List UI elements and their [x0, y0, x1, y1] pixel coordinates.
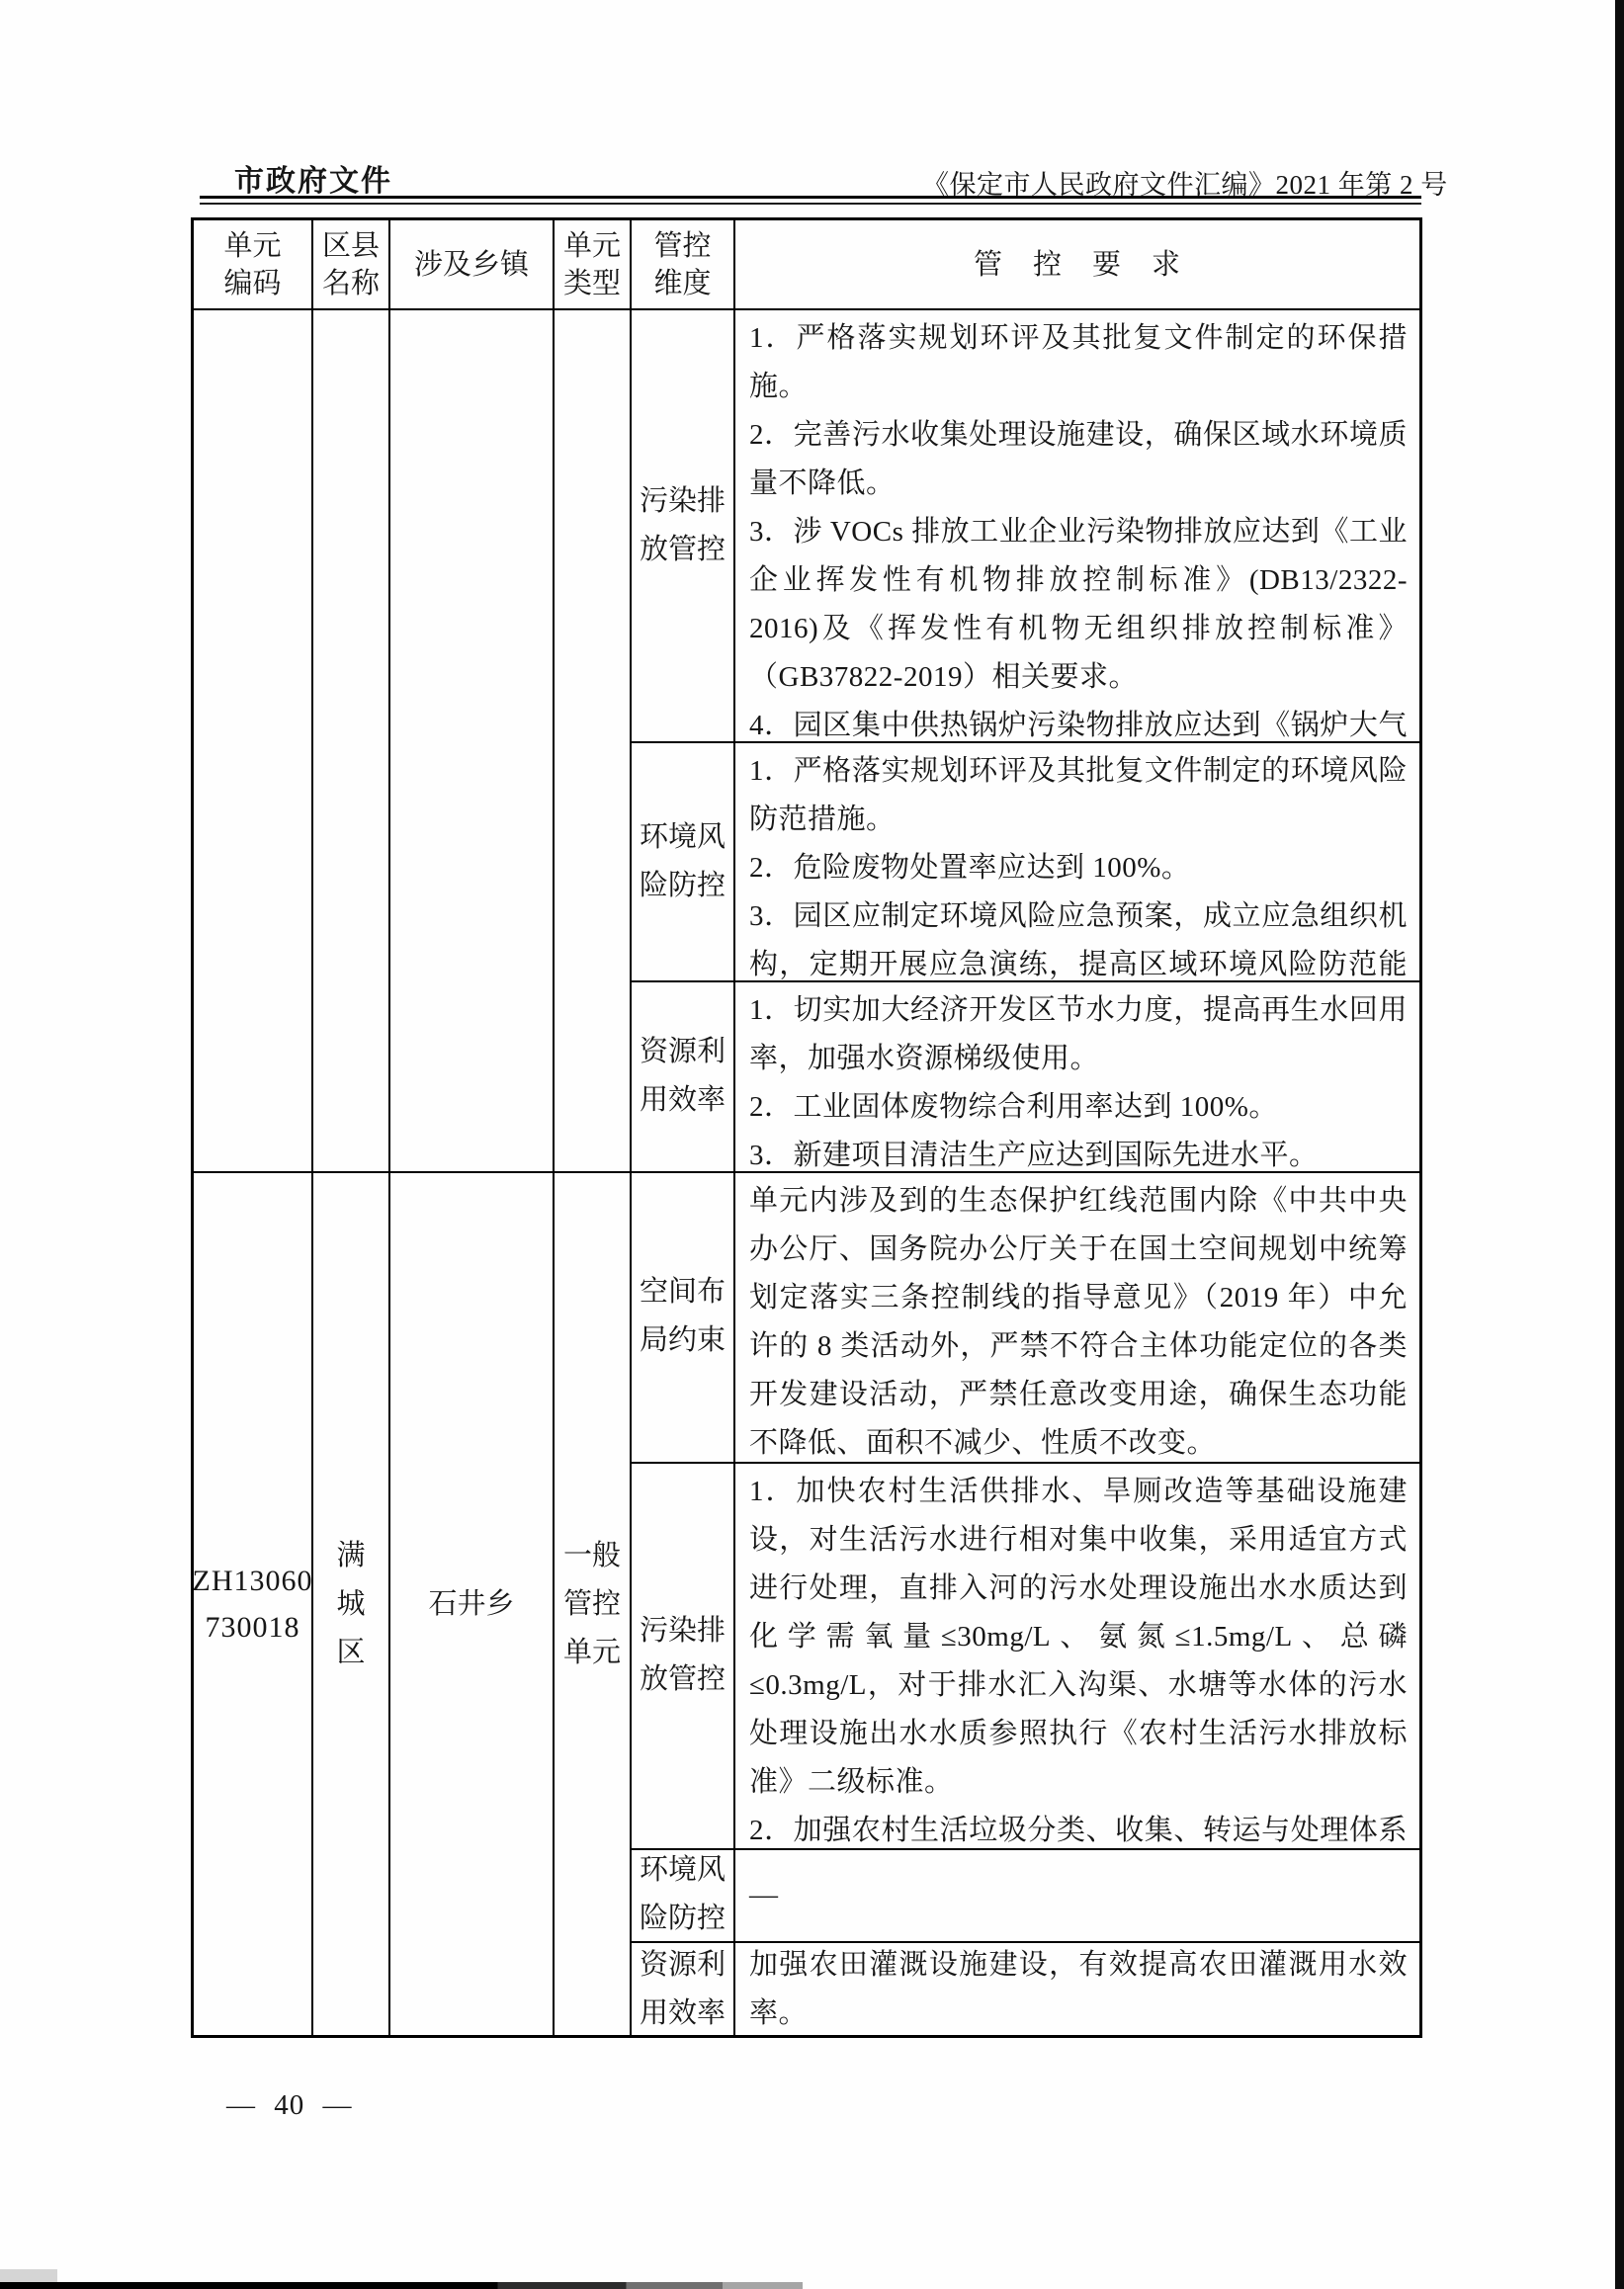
row2-district-cell: 满 城 区 — [313, 1173, 388, 2035]
row2-dimension-risk: 环境风 险防控 — [632, 1850, 733, 1939]
row1-requirements-risk: 1．严格落实规划环评及其批复文件制定的环境风险防范措施。 2．危险废物处置率应达… — [735, 743, 1419, 979]
requirement-item: 3．园区应制定环境风险应急预案，成立应急组织机构，定期开展应急演练，提高区域环境… — [749, 892, 1408, 979]
row1-townships-cell — [390, 310, 553, 1169]
control-requirements-table: 单元 编码 区县 名称 涉及乡镇 单元 类型 管控 维度 管 控 要 求 污染排… — [191, 217, 1422, 2038]
row1-unit-type-cell — [555, 310, 630, 1169]
empty-value-dash: — — [749, 1871, 1408, 1919]
requirement-item: 1．严格落实规划环评及其批复文件制定的环境风险防范措施。 — [749, 747, 1408, 844]
row2-requirements-pollution: 1．加快农村生活供排水、旱厕改造等基础设施建设，对生活污水进行相对集中收集，采用… — [735, 1464, 1419, 1846]
row2-dimension-pollution: 污染排 放管控 — [632, 1464, 733, 1846]
requirement-item: 2．完善污水收集处理设施建设，确保区域水环境质量不降低。 — [749, 411, 1408, 508]
scan-edge-bottom-band — [0, 2282, 803, 2289]
header-double-rule — [200, 196, 1421, 205]
col-header-dimension: 管控 维度 — [632, 220, 733, 308]
col-header-unit-type: 单元 类型 — [555, 220, 630, 308]
scan-smudge — [0, 2269, 57, 2282]
col-header-unit-code: 单元 编码 — [194, 220, 311, 308]
col-header-requirements: 管 控 要 求 — [735, 220, 1419, 308]
row2-unit-type-cell: 一般 管控 单元 — [555, 1173, 630, 2035]
row1-dimension-resource: 资源利 用效率 — [632, 982, 733, 1170]
row1-unit-code-cell — [194, 310, 311, 1169]
row1-dimension-pollution: 污染排 放管控 — [632, 310, 733, 740]
row2-dimension-spatial: 空间布 局约束 — [632, 1173, 733, 1460]
requirement-item: 2．危险废物处置率应达到 100%。 — [749, 844, 1408, 892]
row2-dimension-resource: 资源利 用效率 — [632, 1943, 733, 2035]
requirement-item: 单元内涉及到的生态保护红线范围内除《中共中央办公厅、国务院办公厅关于在国土空间规… — [749, 1177, 1408, 1460]
row1-dimension-risk: 环境风 险防控 — [632, 743, 733, 979]
document-page: 市政府文件 《保定市人民政府文件汇编》2021 年第 2 号 单元 编码 区县 … — [0, 0, 1624, 2289]
document-category-label: 市政府文件 — [234, 156, 392, 200]
requirement-item: 2．工业固体废物综合利用率达到 100%。 — [749, 1083, 1408, 1132]
row1-requirements-pollution: 1．严格落实规划环评及其批复文件制定的环保措施。 2．完善污水收集处理设施建设，… — [735, 310, 1419, 740]
row2-requirements-risk: — — [735, 1850, 1419, 1939]
row2-requirements-spatial: 单元内涉及到的生态保护红线范围内除《中共中央办公厅、国务院办公厅关于在国土空间规… — [735, 1173, 1419, 1460]
row2-unit-code-cell: ZH13060 730018 — [194, 1173, 311, 2035]
requirement-item: 4．园区集中供热锅炉污染物排放应达到《锅炉大气污染物排放标准》（DB13/516… — [749, 702, 1408, 740]
col-header-district: 区县 名称 — [313, 220, 388, 308]
requirement-item: 3．新建项目清洁生产应达到国际先进水平。 — [749, 1132, 1408, 1170]
row2-requirements-resource: 加强农田灌溉设施建设，有效提高农田灌溉用水效率。 — [735, 1943, 1419, 2035]
requirement-item: 3．涉 VOCs 排放工业企业污染物排放应达到《工业企业挥发性有机物排放控制标准… — [749, 508, 1408, 702]
requirement-item: 加强农田灌溉设施建设，有效提高农田灌溉用水效率。 — [749, 1943, 1408, 2035]
requirement-item: 1．加快农村生活供排水、旱厕改造等基础设施建设，对生活污水进行相对集中收集，采用… — [749, 1468, 1408, 1807]
requirement-item: 1．严格落实规划环评及其批复文件制定的环保措施。 — [749, 314, 1408, 411]
page-number: — 40 — — [226, 2089, 353, 2122]
scan-edge-right-band — [1615, 0, 1624, 2289]
requirement-item: 1．切实加大经济开发区节水力度，提高再生水回用率，加强水资源梯级使用。 — [749, 986, 1408, 1083]
col-header-townships: 涉及乡镇 — [390, 220, 553, 308]
row1-district-cell — [313, 310, 388, 1169]
row1-requirements-resource: 1．切实加大经济开发区节水力度，提高再生水回用率，加强水资源梯级使用。 2．工业… — [735, 982, 1419, 1170]
requirement-item: 2．加强农村生活垃圾分类、收集、转运与处理体系建设，农村生活垃圾基本实现全面治理… — [749, 1807, 1408, 1846]
row2-townships-cell: 石井乡 — [390, 1173, 553, 2035]
